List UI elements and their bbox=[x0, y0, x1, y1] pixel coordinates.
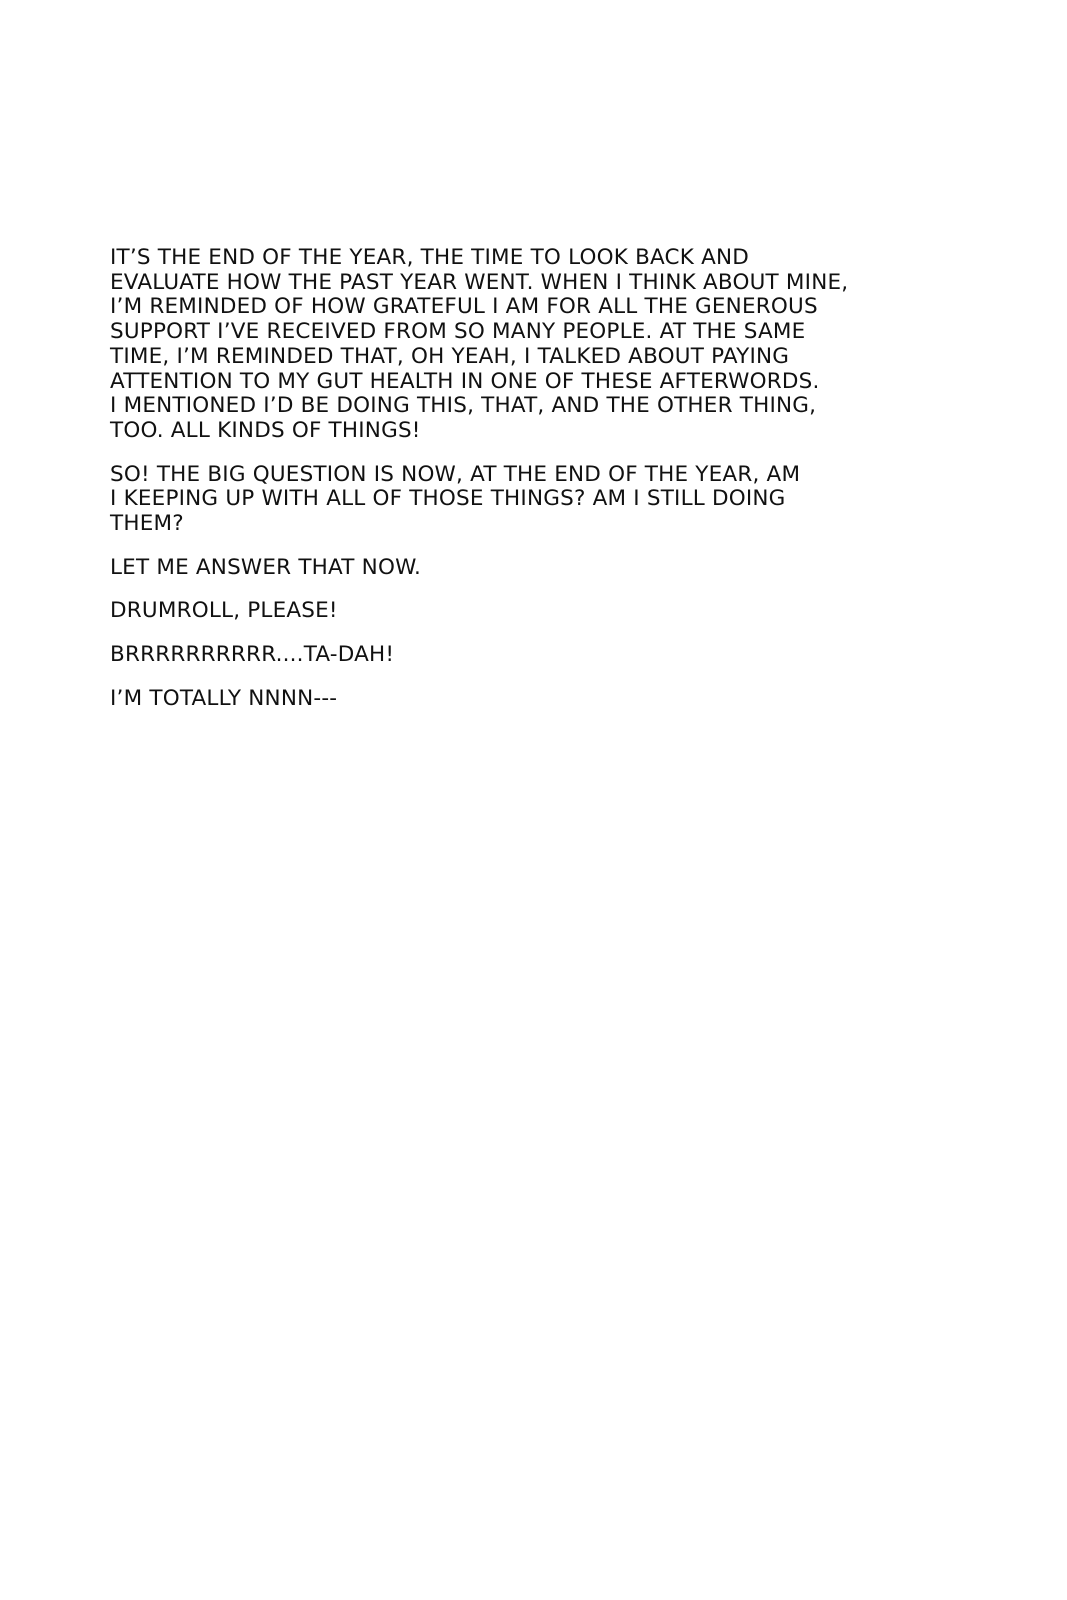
paragraph-drumroll: DRUMROLL, PLEASE! bbox=[110, 599, 910, 624]
text-line: LET ME ANSWER THAT NOW. bbox=[110, 556, 910, 581]
text-line: I MENTIONED I’D BE DOING THIS, THAT, AND… bbox=[110, 394, 910, 419]
text-line: I KEEPING UP WITH ALL OF THOSE THINGS? A… bbox=[110, 487, 910, 512]
text-line: I’M TOTALLY NNNN--- bbox=[110, 687, 910, 712]
text-line: DRUMROLL, PLEASE! bbox=[110, 599, 910, 624]
text-line: I’M REMINDED OF HOW GRATEFUL I AM FOR AL… bbox=[110, 295, 910, 320]
paragraph-cliffhanger: I’M TOTALLY NNNN--- bbox=[110, 687, 910, 712]
manga-afterword-page: IT’S THE END OF THE YEAR, THE TIME TO LO… bbox=[0, 0, 1067, 1600]
afterword-text-block: IT’S THE END OF THE YEAR, THE TIME TO LO… bbox=[110, 246, 910, 731]
text-line: THEM? bbox=[110, 512, 910, 537]
paragraph-year-reflection: IT’S THE END OF THE YEAR, THE TIME TO LO… bbox=[110, 246, 910, 444]
text-line: TOO. ALL KINDS OF THINGS! bbox=[110, 419, 910, 444]
text-line: SUPPORT I’VE RECEIVED FROM SO MANY PEOPL… bbox=[110, 320, 910, 345]
paragraph-big-question: SO! THE BIG QUESTION IS NOW, AT THE END … bbox=[110, 463, 910, 537]
text-line: IT’S THE END OF THE YEAR, THE TIME TO LO… bbox=[110, 246, 910, 271]
text-line: ATTENTION TO MY GUT HEALTH IN ONE OF THE… bbox=[110, 370, 910, 395]
text-line: SO! THE BIG QUESTION IS NOW, AT THE END … bbox=[110, 463, 910, 488]
paragraph-tadah: BRRRRRRRRRR....TA-DAH! bbox=[110, 643, 910, 668]
paragraph-answer-intro: LET ME ANSWER THAT NOW. bbox=[110, 556, 910, 581]
text-line: TIME, I’M REMINDED THAT, OH YEAH, I TALK… bbox=[110, 345, 910, 370]
text-line: EVALUATE HOW THE PAST YEAR WENT. WHEN I … bbox=[110, 271, 910, 296]
text-line: BRRRRRRRRRR....TA-DAH! bbox=[110, 643, 910, 668]
